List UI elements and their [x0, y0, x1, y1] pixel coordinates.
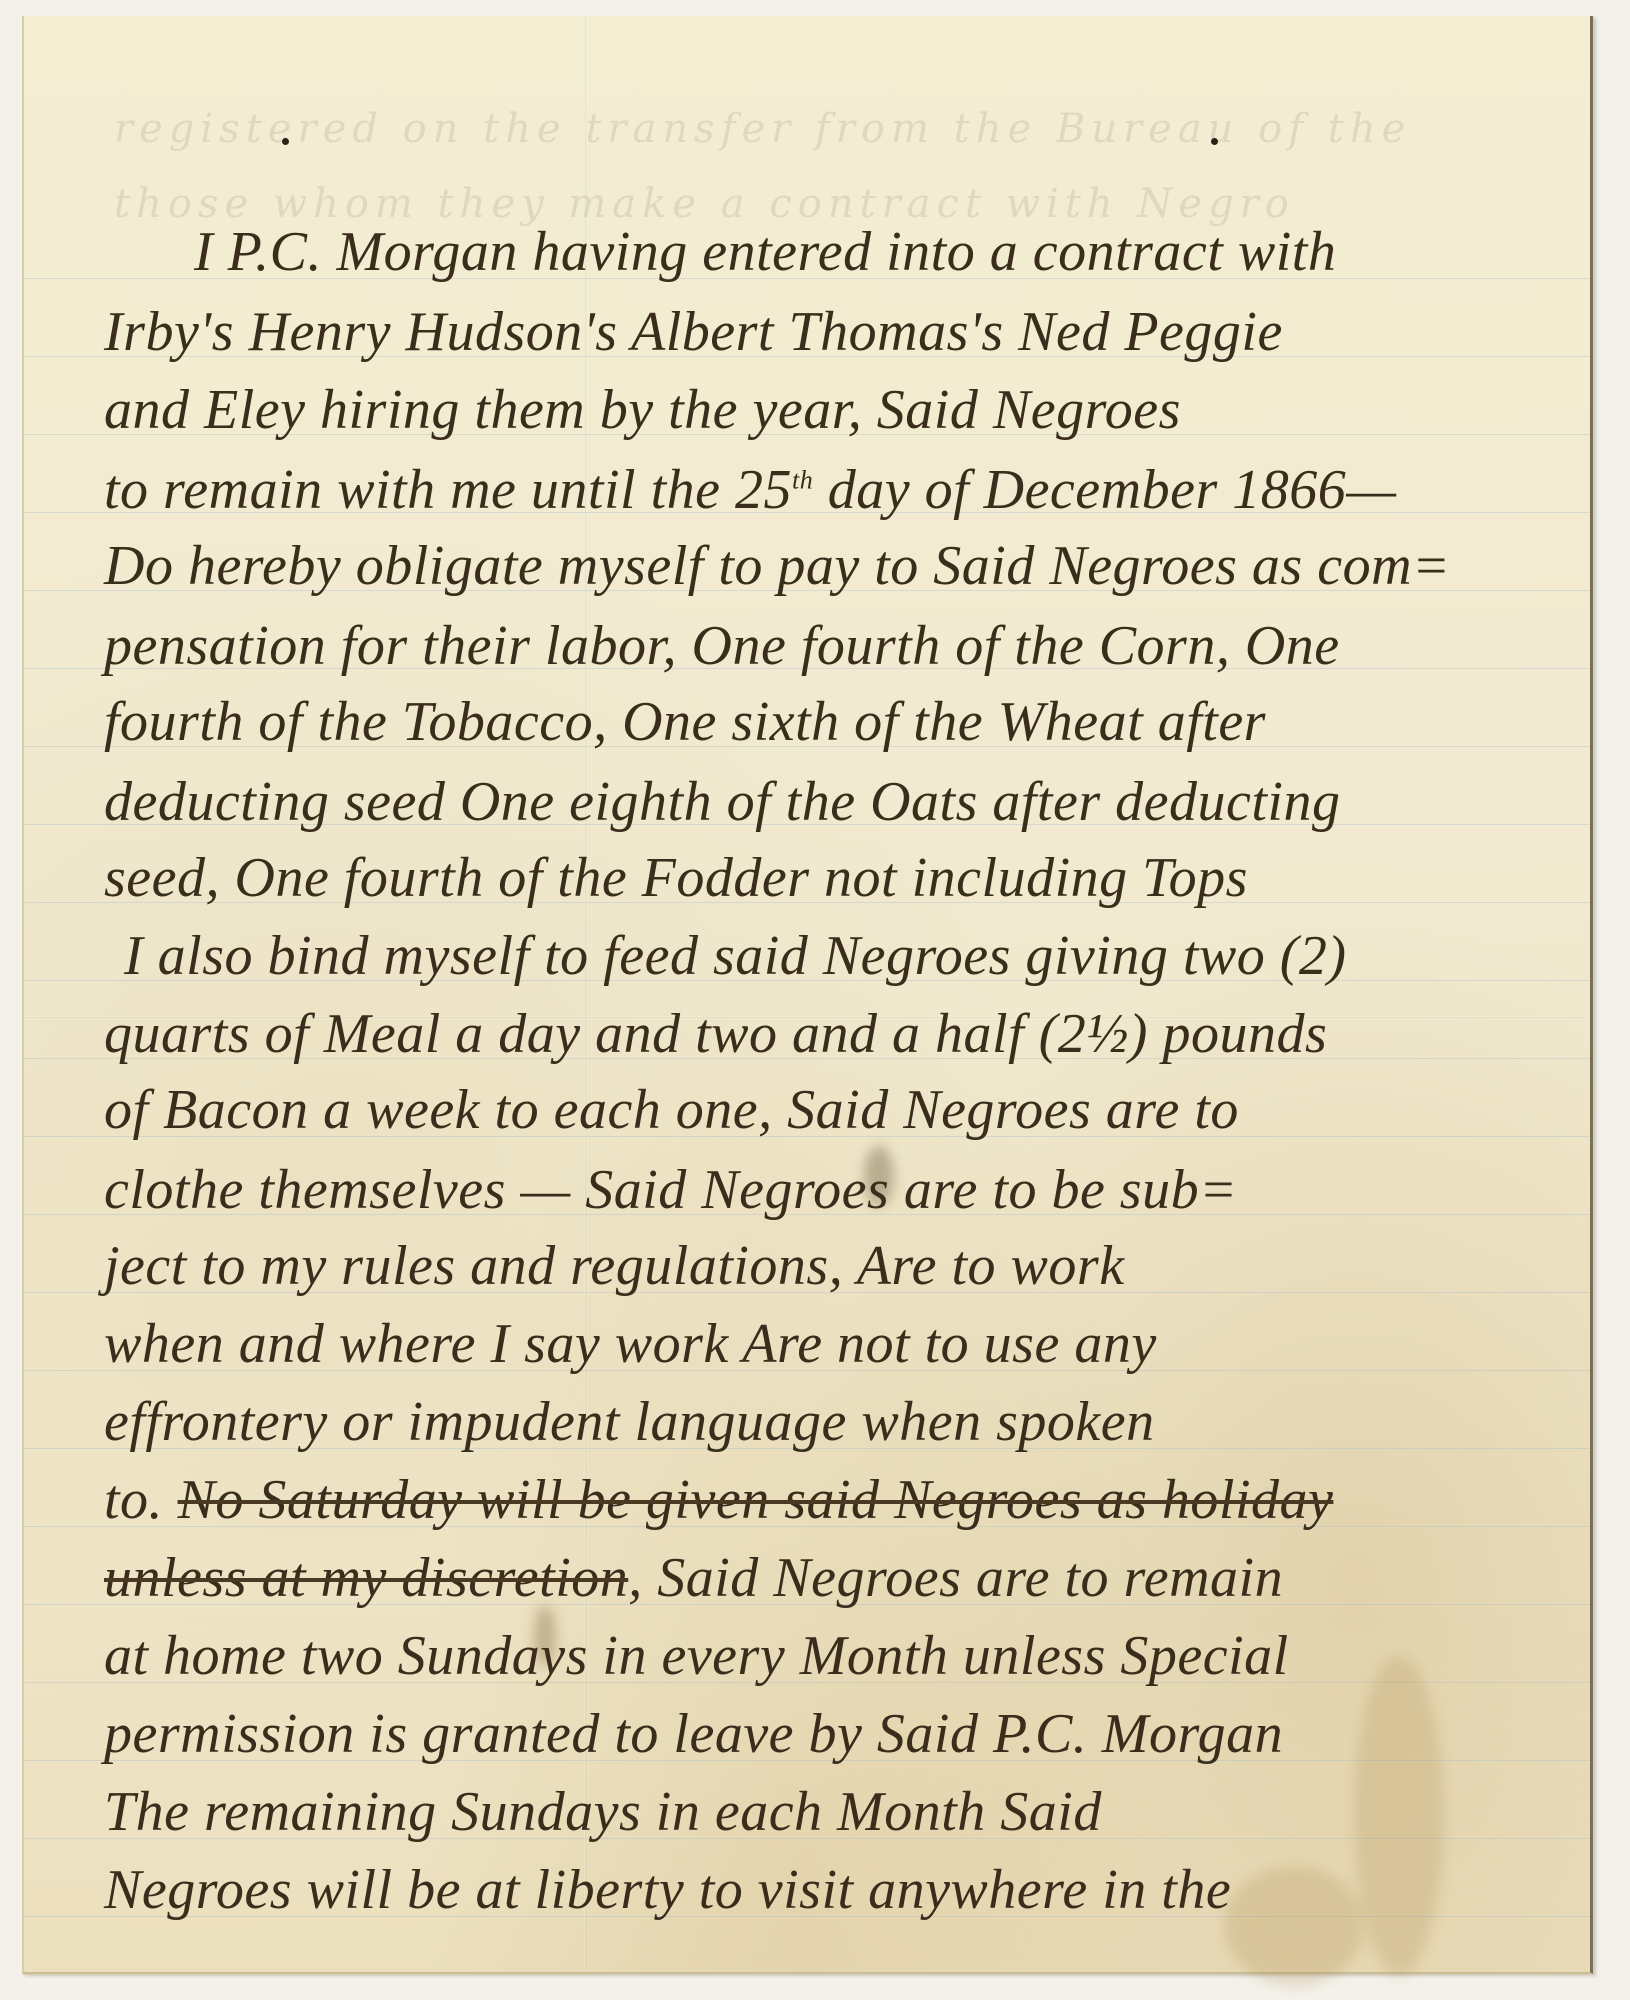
text-line-2: Irby's Henry Hudson's Albert Thomas's Ne… — [104, 304, 1283, 360]
bleed-through-text: registered on the transfer from the Bure… — [114, 106, 1411, 152]
water-stain — [1224, 1866, 1364, 1986]
text-line-15: when and where I say work Are not to use… — [104, 1316, 1157, 1372]
text-line-10: I also bind myself to feed said Negroes … — [124, 928, 1347, 984]
text-line-11: quarts of Meal a day and two and a half … — [104, 1006, 1327, 1062]
text-line-3: and Eley hiring them by the year, Said N… — [104, 382, 1181, 438]
document-page: registered on the transfer from the Bure… — [22, 16, 1593, 1974]
text-line-17: to. No Saturday will be given said Negro… — [104, 1472, 1333, 1528]
text-line-18: unless at my discretion, Said Negroes ar… — [104, 1550, 1283, 1606]
water-stain — [1354, 1656, 1444, 1976]
text-line-22: Negroes will be at liberty to visit anyw… — [104, 1862, 1231, 1918]
text-line-4: to remain with me until the 25th day of … — [104, 462, 1397, 518]
text-line-7: fourth of the Tobacco, One sixth of the … — [104, 694, 1266, 750]
struck-text: unless at my discretion — [104, 1547, 628, 1609]
ink-dot — [1211, 138, 1218, 145]
text-line-9: seed, One fourth of the Fodder not inclu… — [104, 850, 1248, 906]
text-line-14: ject to my rules and regulations, Are to… — [104, 1238, 1125, 1294]
text-line-20: permission is granted to leave by Said P… — [104, 1706, 1283, 1762]
text-line-6: pensation for their labor, One fourth of… — [104, 618, 1340, 674]
text-line-8: deducting seed One eighth of the Oats af… — [104, 774, 1340, 830]
text-line-13: clothe themselves — Said Negroes are to … — [104, 1162, 1237, 1218]
text-line-21: The remaining Sundays in each Month Said — [104, 1784, 1102, 1840]
text-line-1: I P.C. Morgan having entered into a cont… — [194, 224, 1336, 280]
struck-text: No Saturday will be given said Negroes a… — [178, 1469, 1334, 1531]
ink-dot — [282, 138, 289, 145]
text-line-12: of Bacon a week to each one, Said Negroe… — [104, 1082, 1239, 1138]
text-line-16: effrontery or impudent language when spo… — [104, 1394, 1155, 1450]
text-line-19: at home two Sundays in every Month unles… — [104, 1628, 1289, 1684]
text-line-5: Do hereby obligate myself to pay to Said… — [104, 538, 1450, 594]
